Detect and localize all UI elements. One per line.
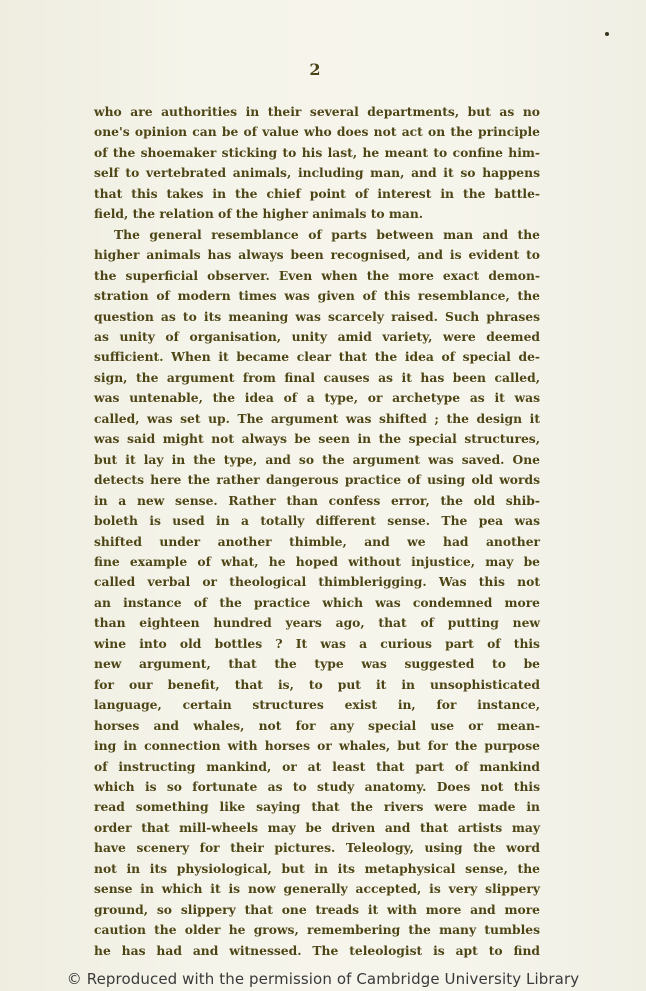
text-line: sign, the argument from final causes as … (94, 368, 540, 388)
text-line: as unity of organisation, unity amid var… (94, 327, 540, 347)
text-line: new argument, that the type was suggeste… (94, 654, 540, 674)
text-line: horses and whales, not for any special u… (94, 716, 540, 736)
text-line: which is so fortunate as to study anatom… (94, 777, 540, 797)
text-line: caution the older he grows, remembering … (94, 920, 540, 940)
text-line: have scenery for their pictures. Teleolo… (94, 838, 540, 858)
ink-speck (605, 32, 609, 36)
text-line: but it lay in the type, and so the argum… (94, 450, 540, 470)
text-line: called verbal or theological thimblerigg… (94, 572, 540, 592)
text-line: the superficial observer. Even when the … (94, 266, 540, 286)
text-line: wine into old bottles ? It was a curious… (94, 634, 540, 654)
text-line: fine example of what, he hoped without i… (94, 552, 540, 572)
text-line: sufficient. When it became clear that th… (94, 347, 540, 367)
text-line: of instructing mankind, or at least that… (94, 757, 540, 777)
copyright-notice: © Reproduced with the permission of Camb… (0, 970, 646, 988)
text-line: he has had and witnessed. The teleologis… (94, 941, 540, 961)
text-line: ground, so slippery that one treads it w… (94, 900, 540, 920)
text-line: for our benefit, that is, to put it in u… (94, 675, 540, 695)
text-line: who are authorities in their several dep… (94, 102, 540, 122)
text-line: that this takes in the chief point of in… (94, 184, 540, 204)
text-line: was untenable, the idea of a type, or ar… (94, 388, 540, 408)
text-line: shifted under another thimble, and we ha… (94, 532, 540, 552)
text-line: higher animals has always been recognise… (94, 245, 540, 265)
text-line: field, the relation of the higher animal… (94, 204, 540, 224)
text-line: ing in connection with horses or whales,… (94, 736, 540, 756)
page-number: 2 (0, 60, 630, 79)
text-line: order that mill-wheels may be driven and… (94, 818, 540, 838)
text-line: question as to its meaning was scarcely … (94, 307, 540, 327)
text-line: of the shoemaker sticking to his last, h… (94, 143, 540, 163)
text-line: boleth is used in a totally different se… (94, 511, 540, 531)
body-text: who are authorities in their several dep… (94, 102, 540, 961)
text-line: than eighteen hundred years ago, that of… (94, 613, 540, 633)
text-line: read something like saying that the rive… (94, 797, 540, 817)
text-line: The general resemblance of parts between… (94, 225, 540, 245)
text-line: stration of modern times was given of th… (94, 286, 540, 306)
text-line: language, certain structures exist in, f… (94, 695, 540, 715)
text-line: self to vertebrated animals, including m… (94, 163, 540, 183)
text-line: in a new sense. Rather than confess erro… (94, 491, 540, 511)
text-line: was said might not always be seen in the… (94, 429, 540, 449)
text-line: an instance of the practice which was co… (94, 593, 540, 613)
text-line: detects here the rather dangerous practi… (94, 470, 540, 490)
scanned-page: 2 who are authorities in their several d… (0, 0, 646, 991)
text-line: one's opinion can be of value who does n… (94, 122, 540, 142)
text-line: sense in which it is now generally accep… (94, 879, 540, 899)
text-line: called, was set up. The argument was shi… (94, 409, 540, 429)
text-line: not in its physiological, but in its met… (94, 859, 540, 879)
